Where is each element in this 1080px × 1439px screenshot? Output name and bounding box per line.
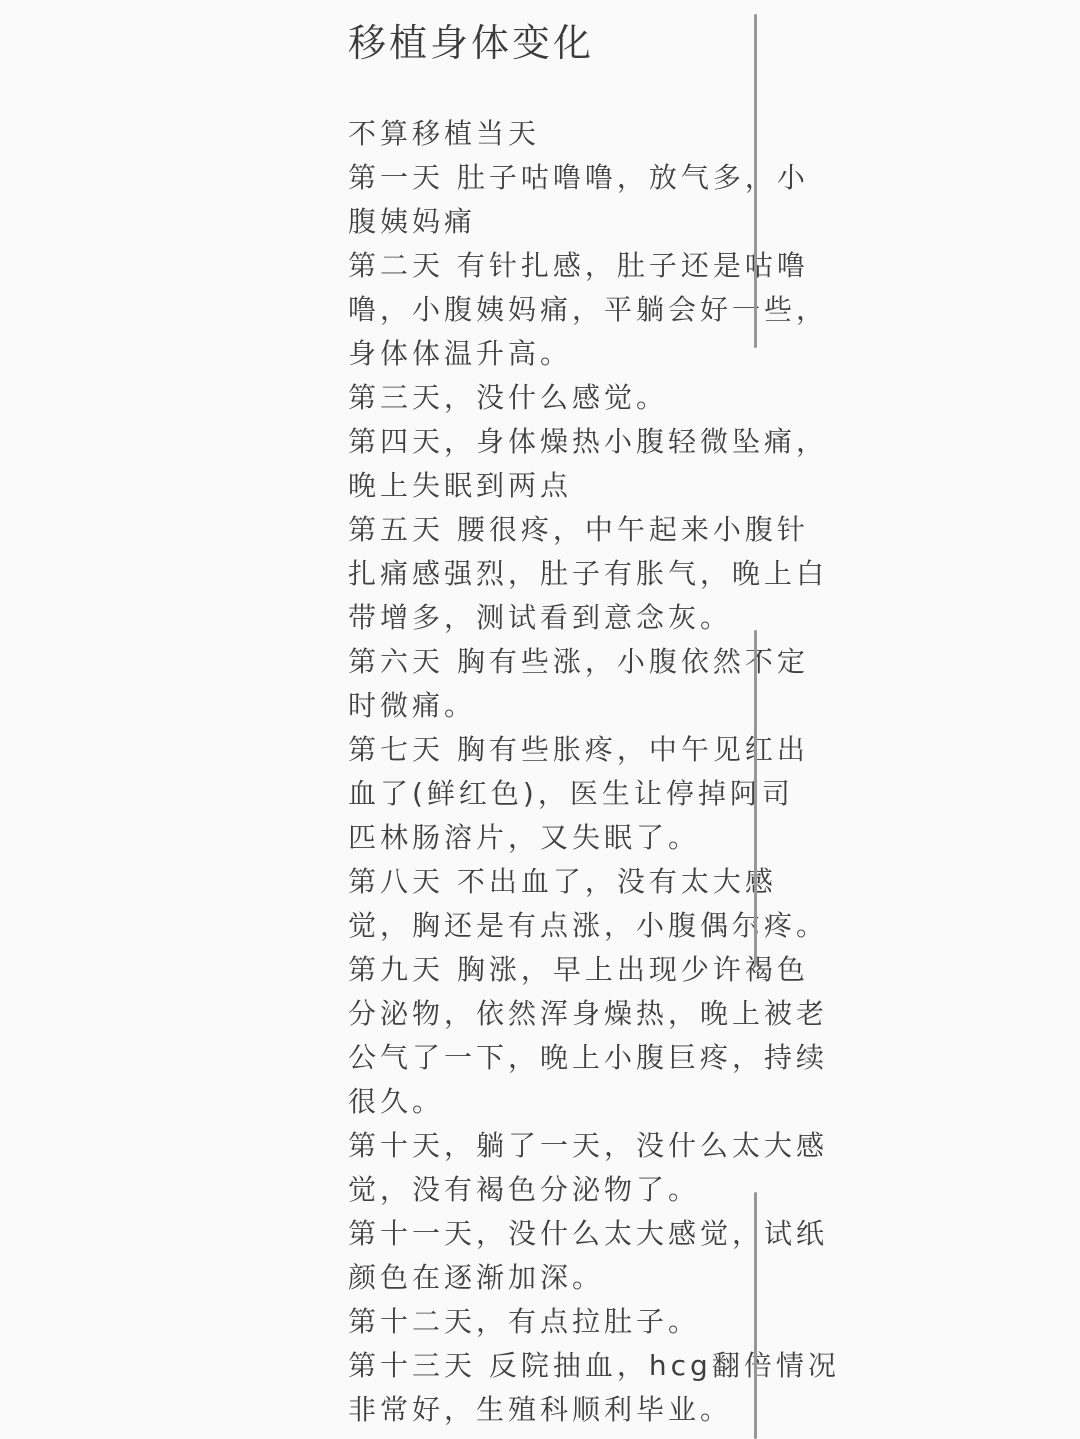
text-line: 第四天，身体燥热小腹轻微坠痛， xyxy=(348,420,840,464)
text-line: 非常好，生殖科顺利毕业。 xyxy=(348,1388,840,1432)
text-line: 第十一天，没什么太大感觉，试纸 xyxy=(348,1212,840,1256)
text-line: 第十天，躺了一天，没什么太大感 xyxy=(348,1124,840,1168)
text-line: 第九天 胸涨，早上出现少许褐色 xyxy=(348,948,840,992)
text-line: 第十二天，有点拉肚子。 xyxy=(348,1300,840,1344)
text-line: 血了(鲜红色)，医生让停掉阿司 xyxy=(348,772,840,816)
text-line: 身体体温升高。 xyxy=(348,332,840,376)
text-line: 晚上失眠到两点 xyxy=(348,464,840,508)
text-line: 时微痛。 xyxy=(348,684,840,728)
page-title: 移植身体变化 xyxy=(348,12,594,67)
text-line: 不算移植当天 xyxy=(348,112,840,156)
vertical-rule-top xyxy=(754,14,757,348)
text-line: 第六天 胸有些涨，小腹依然不定 xyxy=(348,640,840,684)
text-line: 腹姨妈痛 xyxy=(348,200,840,244)
text-line: 第十三天 反院抽血，hcg翻倍情况 xyxy=(348,1344,840,1388)
text-line: 第二天 有针扎感，肚子还是咕噜 xyxy=(348,244,840,288)
text-line: 公气了一下，晚上小腹巨疼，持续 xyxy=(348,1036,840,1080)
text-line: 第三天，没什么感觉。 xyxy=(348,376,840,420)
text-line: 第一天 肚子咕噜噜，放气多，小 xyxy=(348,156,840,200)
note-page: 移植身体变化 不算移植当天第一天 肚子咕噜噜，放气多，小腹姨妈痛第二天 有针扎感… xyxy=(0,0,1080,1439)
note-body: 不算移植当天第一天 肚子咕噜噜，放气多，小腹姨妈痛第二天 有针扎感，肚子还是咕噜… xyxy=(348,112,840,1432)
text-line: 噜，小腹姨妈痛，平躺会好一些， xyxy=(348,288,840,332)
vertical-rule-middle xyxy=(754,630,757,966)
text-line: 很久。 xyxy=(348,1080,840,1124)
text-line: 分泌物，依然浑身燥热，晚上被老 xyxy=(348,992,840,1036)
text-line: 第七天 胸有些胀疼，中午见红出 xyxy=(348,728,840,772)
text-line: 带增多，测试看到意念灰。 xyxy=(348,596,840,640)
text-line: 匹林肠溶片，又失眠了。 xyxy=(348,816,840,860)
text-line: 颜色在逐渐加深。 xyxy=(348,1256,840,1300)
text-line: 觉，胸还是有点涨，小腹偶尔疼。 xyxy=(348,904,840,948)
text-line: 第八天 不出血了，没有太大感 xyxy=(348,860,840,904)
text-line: 扎痛感强烈，肚子有胀气，晚上白 xyxy=(348,552,840,596)
text-line: 觉，没有褐色分泌物了。 xyxy=(348,1168,840,1212)
text-line: 第五天 腰很疼，中午起来小腹针 xyxy=(348,508,840,552)
vertical-rule-bottom xyxy=(754,1192,757,1439)
